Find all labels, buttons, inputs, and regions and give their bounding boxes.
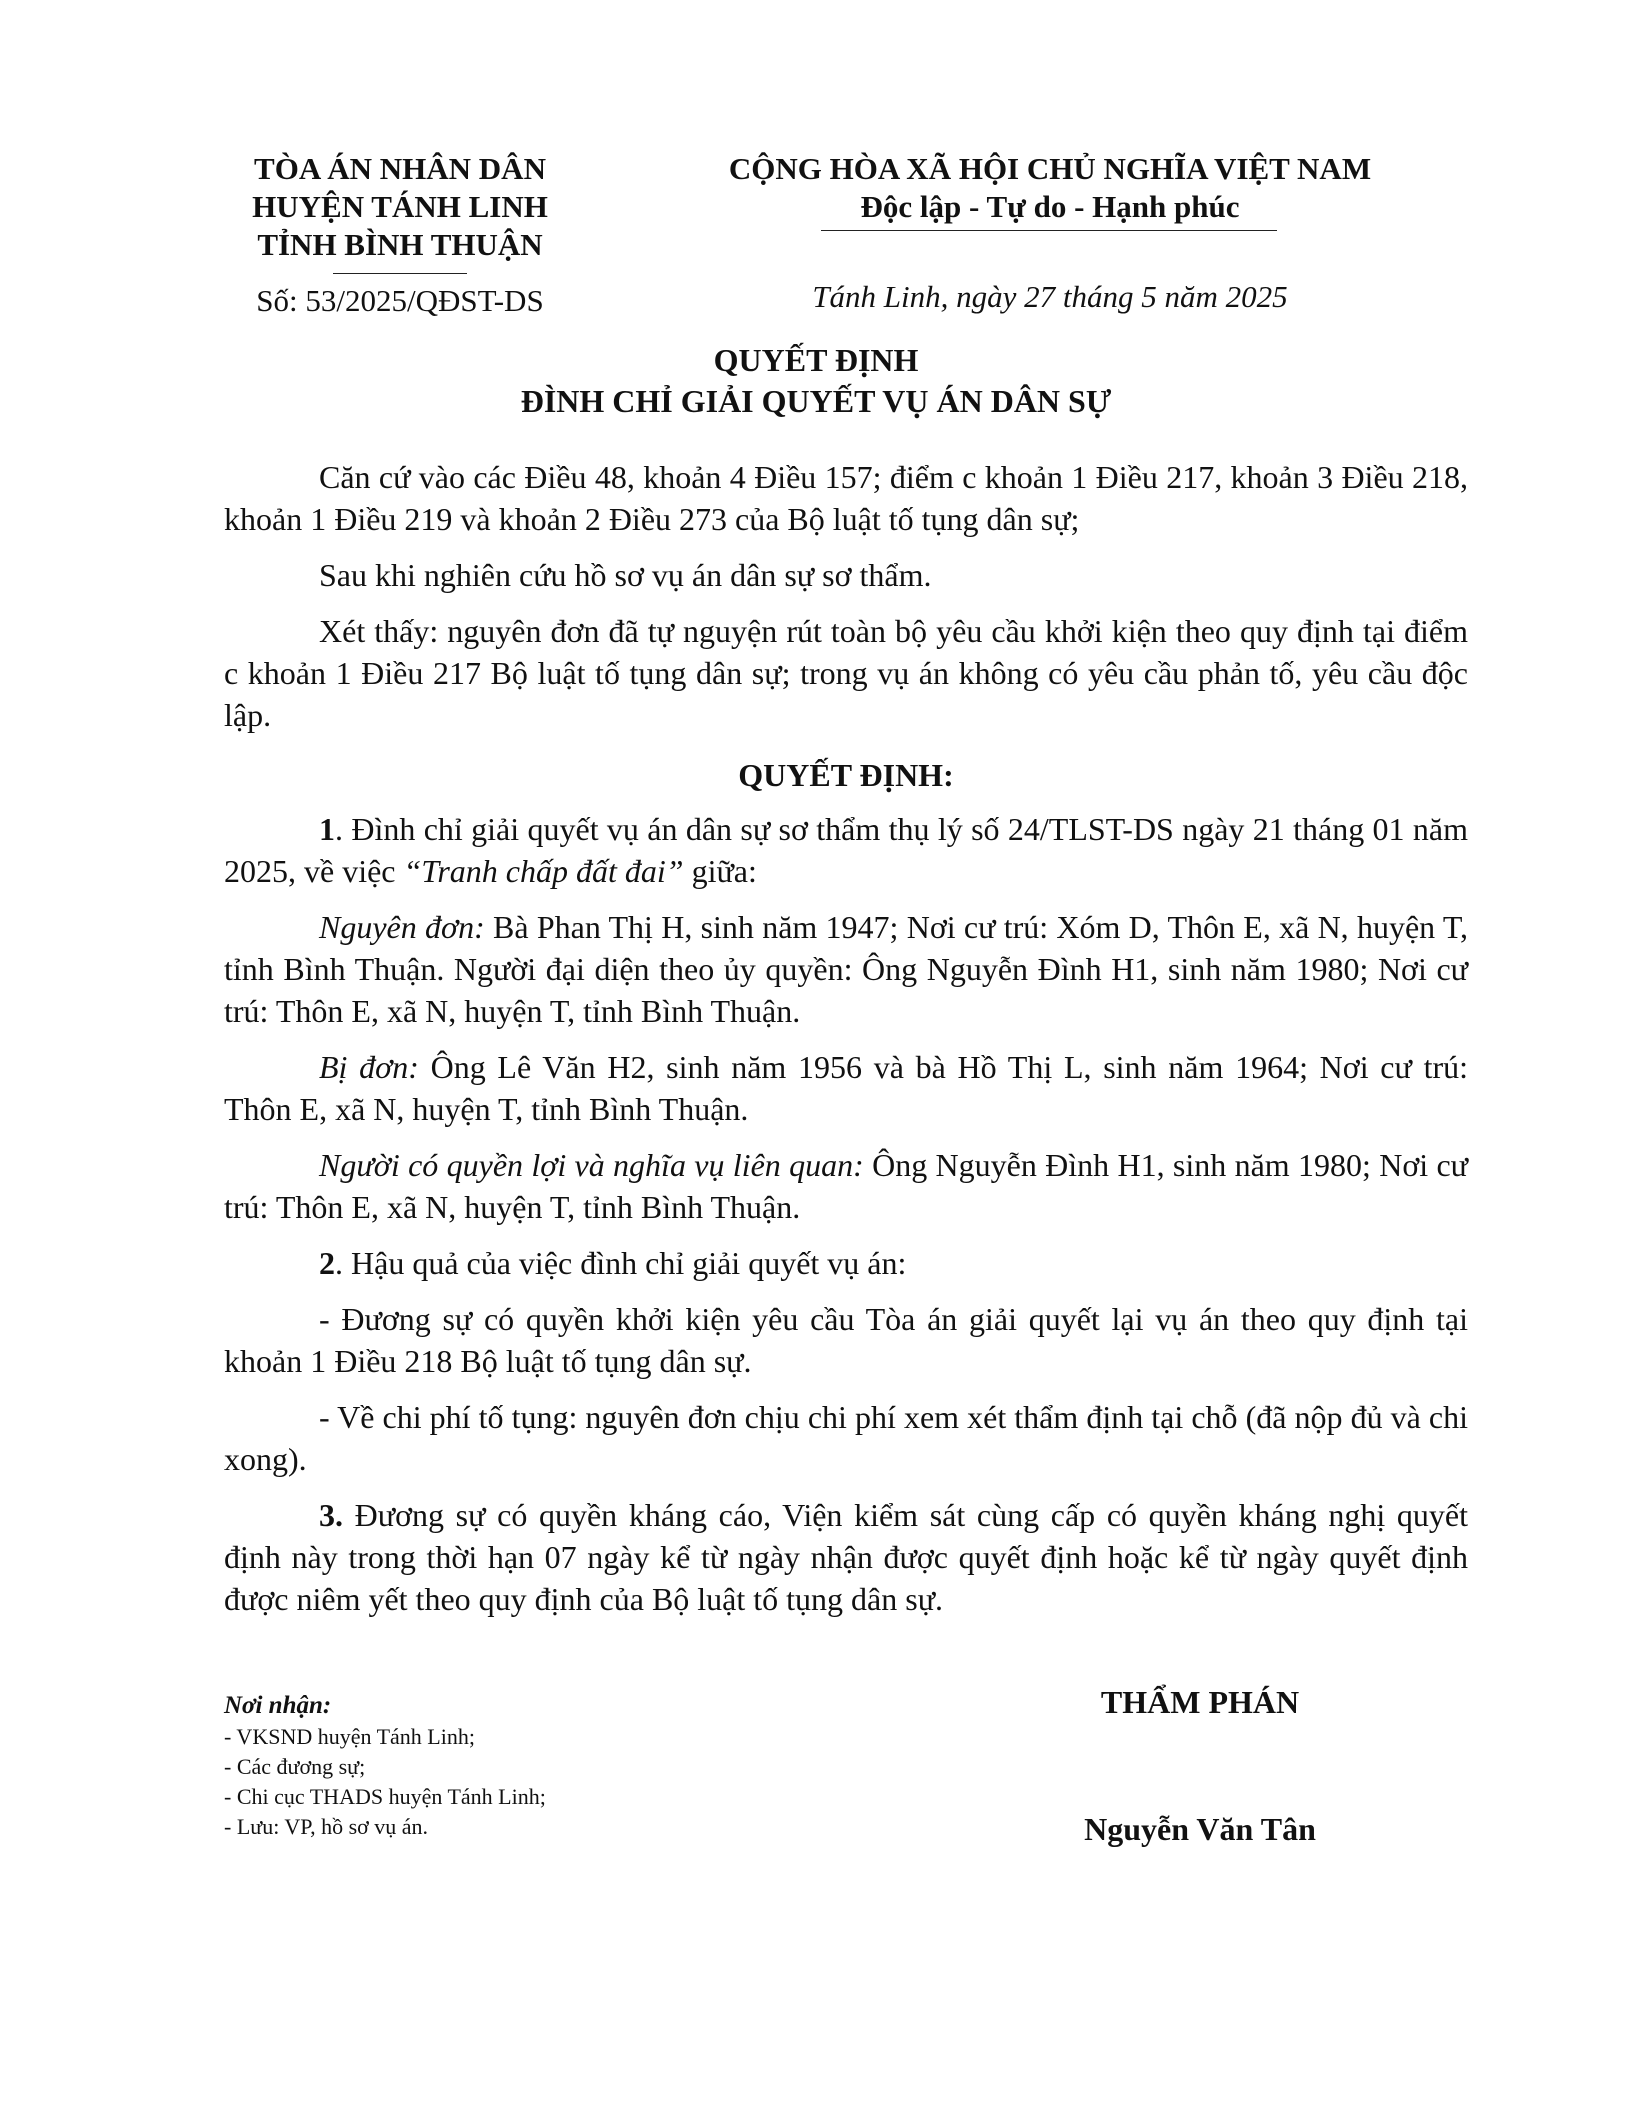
motto-underline	[821, 230, 1277, 231]
signer-role: THẨM PHÁN	[900, 1682, 1500, 1722]
court-name-block: TÒA ÁN NHÂN DÂN HUYỆN TÁNH LINH TỈNH BÌN…	[200, 150, 600, 264]
court-name-line-3: TỈNH BÌNH THUẬN	[200, 226, 600, 264]
decision-item-1: 1. Đình chỉ giải quyết vụ án dân sự sơ t…	[224, 808, 1468, 892]
document-title: QUYẾT ĐỊNH	[200, 340, 1432, 381]
case-subject: “Tranh chấp đất đai”	[404, 853, 684, 889]
recipient-item: - Lưu: VP, hồ sơ vụ án.	[224, 1812, 546, 1842]
recipient-item: - VKSND huyện Tánh Linh;	[224, 1722, 546, 1752]
item-number: 1	[319, 811, 335, 847]
document-date: Tánh Linh, ngày 27 tháng 5 năm 2025	[650, 278, 1450, 316]
finding-paragraph: Xét thấy: nguyên đơn đã tự nguyện rút to…	[224, 610, 1468, 736]
recipient-item: - Các đương sự;	[224, 1752, 546, 1782]
court-name-line-2: HUYỆN TÁNH LINH	[200, 188, 600, 226]
national-motto: Độc lập - Tự do - Hạnh phúc	[650, 188, 1450, 226]
recipient-item: - Chi cục THADS huyện Tánh Linh;	[224, 1782, 546, 1812]
left-header-divider	[333, 273, 467, 274]
item-number: 3.	[319, 1497, 343, 1533]
plaintiff-label: Nguyên đơn:	[319, 909, 485, 945]
recipients-block: Nơi nhận: - VKSND huyện Tánh Linh; - Các…	[224, 1690, 546, 1842]
decision-heading: QUYẾT ĐỊNH:	[224, 754, 1468, 796]
national-header-block: CỘNG HÒA XÃ HỘI CHỦ NGHĨA VIỆT NAM Độc l…	[650, 150, 1450, 226]
legal-basis-paragraph: Căn cứ vào các Điều 48, khoản 4 Điều 157…	[224, 456, 1468, 540]
review-paragraph: Sau khi nghiên cứu hồ sơ vụ án dân sự sơ…	[224, 554, 1468, 596]
defendant-label: Bị đơn:	[319, 1049, 419, 1085]
item-number: 2	[319, 1245, 335, 1281]
decision-item-2: 2. Hậu quả của việc đình chỉ giải quyết …	[224, 1242, 1468, 1284]
signer-name: Nguyễn Văn Tân	[900, 1809, 1500, 1849]
consequence-b: - Về chi phí tố tụng: nguyên đơn chịu ch…	[224, 1396, 1468, 1480]
document-body: Căn cứ vào các Điều 48, khoản 4 Điều 157…	[224, 456, 1468, 1634]
consequence-a: - Đương sự có quyền khởi kiện yêu cầu Tò…	[224, 1298, 1468, 1382]
document-subtitle: ĐÌNH CHỈ GIẢI QUYẾT VỤ ÁN DÂN SỰ	[200, 381, 1432, 422]
document-number: Số: 53/2025/QĐST-DS	[200, 282, 600, 320]
decision-item-3: 3. Đương sự có quyền kháng cáo, Viện kiể…	[224, 1494, 1468, 1620]
related-party-paragraph: Người có quyền lợi và nghĩa vụ liên quan…	[224, 1144, 1468, 1228]
defendant-paragraph: Bị đơn: Ông Lê Văn H2, sinh năm 1956 và …	[224, 1046, 1468, 1130]
plaintiff-paragraph: Nguyên đơn: Bà Phan Thị H, sinh năm 1947…	[224, 906, 1468, 1032]
court-name-line-1: TÒA ÁN NHÂN DÂN	[200, 150, 600, 188]
national-title: CỘNG HÒA XÃ HỘI CHỦ NGHĨA VIỆT NAM	[650, 150, 1450, 188]
related-party-label: Người có quyền lợi và nghĩa vụ liên quan…	[319, 1147, 864, 1183]
recipients-label: Nơi nhận:	[224, 1690, 546, 1722]
